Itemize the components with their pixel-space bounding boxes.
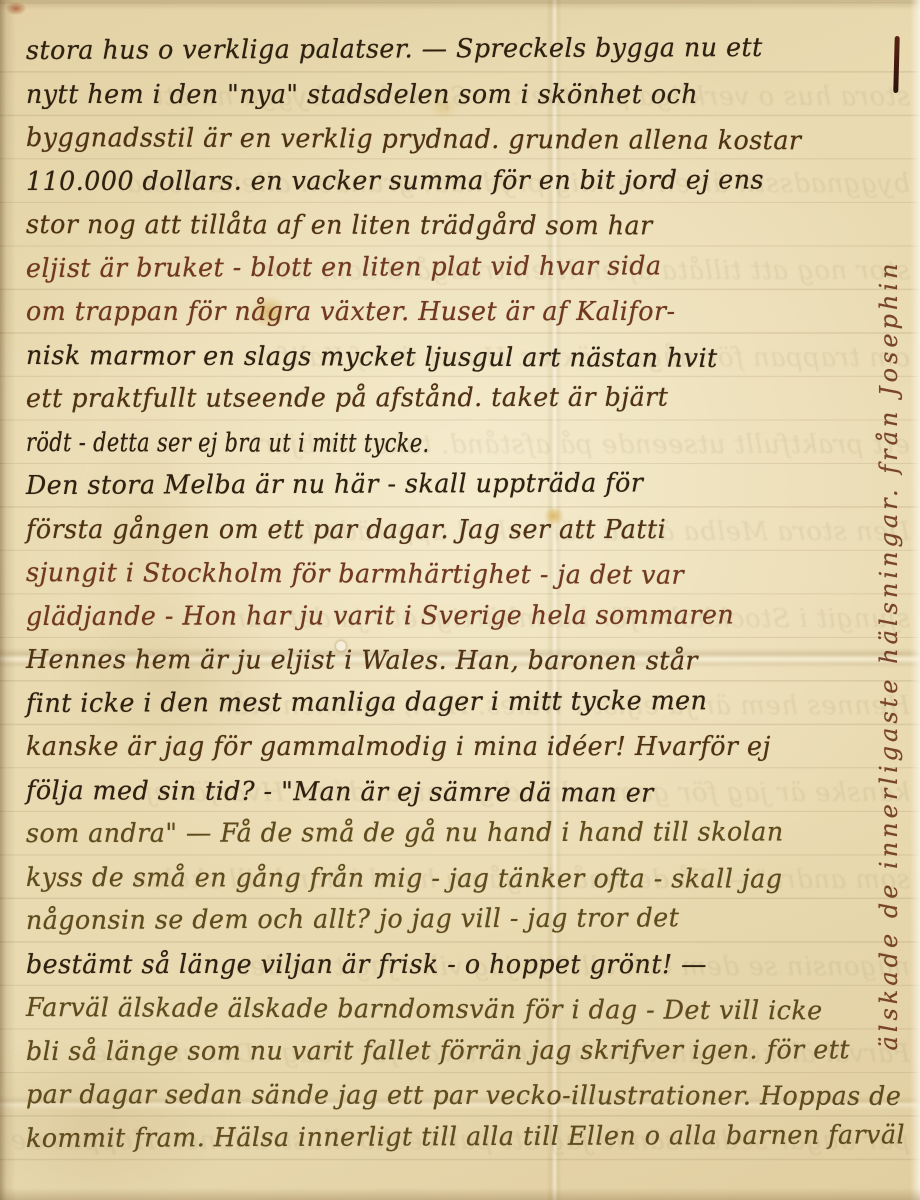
ghost-line: om trappan för några växter. Huset är af… xyxy=(24,315,910,402)
letter-scan-page: stora hus o verkliga palatser. — Sprecke… xyxy=(0,0,920,1200)
ink-showthrough-layer: stora hus o verkliga palatser. — Sprecke… xyxy=(24,54,910,1185)
letter-line: första gången om ett par dagar. Jag ser … xyxy=(26,509,884,553)
letter-line: rödt - detta ser ej bra ut i mitt tycke. xyxy=(26,422,732,467)
page-edge-top xyxy=(0,0,920,10)
letter-line: eljist är bruket - blott en liten plat v… xyxy=(26,244,884,291)
paper-stain xyxy=(544,506,564,526)
letter-line: någonsin se dem och allt? jo jag vill - … xyxy=(26,896,884,943)
ghost-line: ett praktfullt utseende på afstånd. take… xyxy=(24,402,910,489)
page-edge-bottom xyxy=(0,1188,920,1200)
letter-line: Den stora Melba är nu här - skall uppträ… xyxy=(26,461,884,508)
paper-stain xyxy=(55,596,285,766)
letter-line: sjungit i Stockholm för barmhärtighet - … xyxy=(26,552,884,599)
letter-line: stor nog att tillåta af en liten trädgår… xyxy=(26,204,884,249)
page-edge-right xyxy=(910,0,920,1200)
letter-line: Farväl älskade älskade barndomsvän för i… xyxy=(26,987,884,1034)
ghost-line: byggnadsstil är en verklig prydnad. grun… xyxy=(24,141,910,228)
ghost-line: stor nog att tillåta af en liten trädgår… xyxy=(24,228,910,315)
letter-line: nisk marmor en slags mycket ljusgul art … xyxy=(26,335,884,382)
scan-vignette xyxy=(0,0,920,1200)
letter-lines: stora hus o verkliga palatser. — Sprecke… xyxy=(26,30,908,1161)
letter-line: ett praktfullt utseende på afstånd. take… xyxy=(26,376,884,421)
letter-line: följa med sin tid? - "Man är ej sämre dä… xyxy=(26,770,884,817)
ghost-line: kanske är jag för gammalmodig i mina idé… xyxy=(24,750,910,837)
letter-line: nytt hem i den "nya" stadsdelen som i sk… xyxy=(26,74,884,118)
letter-line: bli så länge som nu varit fallet förrän … xyxy=(26,1029,884,1074)
letter-line: om trappan för några växter. Huset är af… xyxy=(26,291,884,335)
paper-stain xyxy=(0,1036,230,1200)
letter-line: kommit fram. Hälsa innerligt till alla t… xyxy=(26,1114,884,1161)
vertical-fold-crease xyxy=(546,0,562,1200)
paper-stain xyxy=(250,296,288,328)
letter-line: fint icke i den mest manliga dager i mit… xyxy=(26,679,884,726)
ghost-line: Hennes hem är ju eljist i Wales. Han, ba… xyxy=(24,663,910,750)
letter-line: 110.000 dollars. en vacker summa för en … xyxy=(26,159,884,204)
letter-line: kyss de små en gång från mig - jag tänke… xyxy=(26,857,884,902)
paper-stain xyxy=(6,2,26,15)
ghost-line: som andra" — Få de små de gå nu hand i h… xyxy=(24,837,910,924)
ruled-lines xyxy=(0,0,920,1200)
letter-line: stora hus o verkliga palatser. — Sprecke… xyxy=(26,26,884,73)
paper-pinhole xyxy=(336,641,346,651)
page-edge-left xyxy=(0,0,16,1200)
ghost-line: stora hus o verkliga palatser. — Sprecke… xyxy=(24,54,910,141)
margin-note: älskade de innerligaste hälsningar. från… xyxy=(875,259,903,1050)
paper-stain xyxy=(428,96,458,118)
ghost-line: någonsin se dem och allt? jo jag vill - … xyxy=(24,924,910,1011)
letter-line: glädjande - Hon har ju varit i Sverige h… xyxy=(26,594,884,639)
horizontal-fold-crease xyxy=(0,648,920,668)
letter-line: kanske är jag för gammalmodig i mina idé… xyxy=(26,726,884,770)
ghost-line: Den stora Melba är nu här - skall uppträ… xyxy=(24,489,910,576)
paper-stain xyxy=(80,410,210,660)
ghost-line: par dagar sedan sände jag ett par vecko-… xyxy=(24,1098,910,1185)
letter-line: par dagar sedan sände jag ett par vecko-… xyxy=(26,1074,884,1119)
letter-line: som andra" — Få de små de gå nu hand i h… xyxy=(26,811,884,856)
ghost-line: Farväl älskade älskade barndomsvän för i… xyxy=(24,1011,910,1098)
pen-stroke-mark xyxy=(893,36,899,93)
ghost-line: sjungit i Stockholm för barmhärtighet - … xyxy=(24,576,910,663)
letter-line: Hennes hem är ju eljist i Wales. Han, ba… xyxy=(26,639,884,684)
horizontal-fold-crease-lower xyxy=(0,1096,920,1110)
letter-line: bestämt så länge viljan är frisk - o hop… xyxy=(26,944,884,988)
letter-line: byggnadsstil är en verklig prydnad. grun… xyxy=(26,117,884,164)
